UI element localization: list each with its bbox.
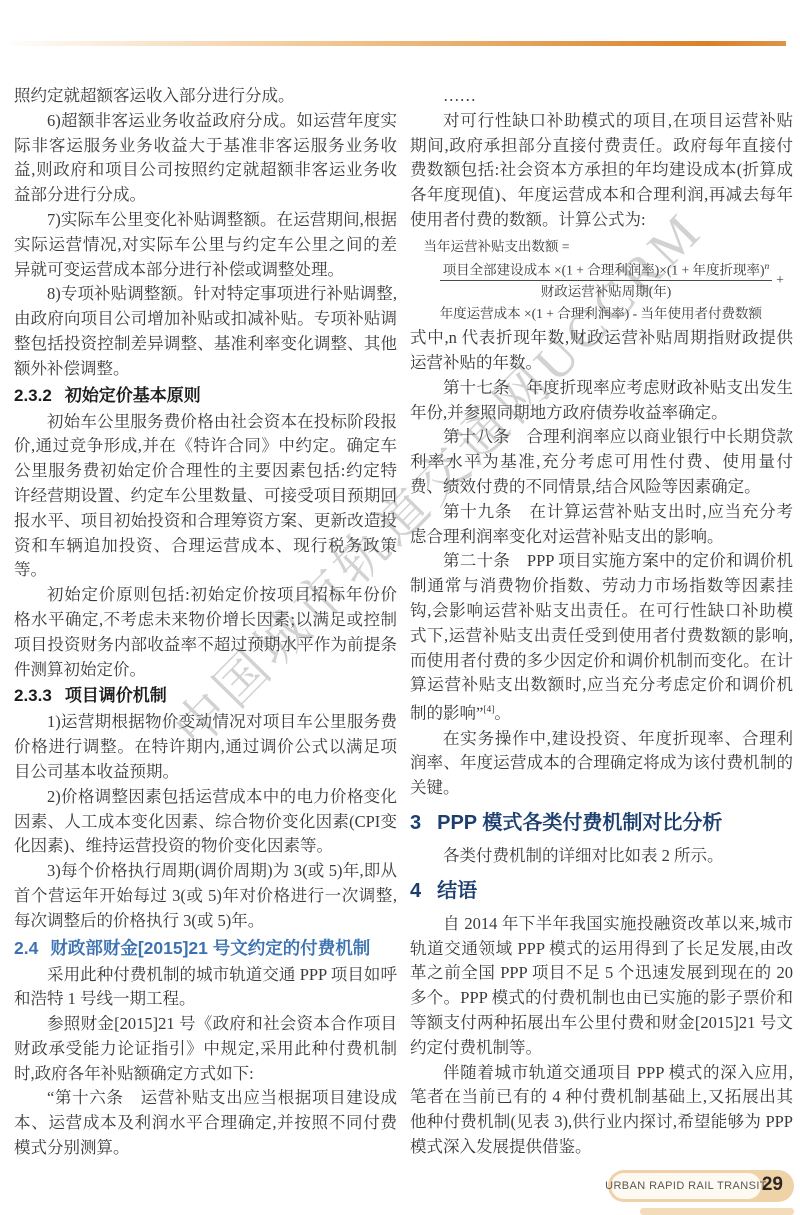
subsection-heading-2-3-2: 2.3.2初始定价基本原则 <box>14 383 397 409</box>
heading-number: 2.3.2 <box>14 386 52 405</box>
paragraph-text: 第二十条 PPP 项目实施方案中的定价和调价机制通常与消费物价指数、劳动力市场指… <box>410 551 793 722</box>
paragraph: 3)每个价格执行周期(调价周期)为 3(或 5)年,即从首个营运年开始每过 3(… <box>14 859 397 933</box>
subsidy-formula: 当年运营补贴支出数额 = 项目全部建设成本 ×(1 + 合理利润率)×(1 + … <box>410 237 793 324</box>
section-heading-2-4: 2.4财政部财金[2015]21 号文约定的付费机制 <box>14 935 397 962</box>
paragraph: “第十六条 运营补贴支出应当根据项目建设成本、运营成本及利润水平合理确定,并按照… <box>14 1086 397 1160</box>
paragraph: 第十七条 年度折现率应考虑财政补贴支出发生年份,并参照同期地方政府债券收益率确定… <box>410 376 793 426</box>
paragraph: 8)专项补贴调整额。针对特定事项进行补贴调整,由政府向项目公司增加补贴或扣减补贴… <box>14 282 397 381</box>
paragraph: 1)运营期根据物价变动情况对项目车公里服务费价格进行调整。在特许期内,通过调价公… <box>14 710 397 784</box>
section-heading-4: 4结语 <box>410 878 793 905</box>
heading-title: 项目调价机制 <box>65 686 167 705</box>
paragraph: 采用此种付费机制的城市轨道交通 PPP 项目如呼和浩特 1 号线一期工程。 <box>14 963 397 1013</box>
paragraph: 伴随着城市轨道交通项目 PPP 模式的深入应用,笔者在当前已有的 4 种付费机制… <box>410 1061 793 1160</box>
formula-denominator: 财政运营补贴周期(年) <box>440 281 773 301</box>
heading-number: 2.3.3 <box>14 686 52 705</box>
paragraph: 初始定价原则包括:初始定价按项目招标年份价格水平确定,不考虑未来物价增长因素;以… <box>14 583 397 682</box>
heading-title: 财政部财金[2015]21 号文约定的付费机制 <box>50 938 370 958</box>
paragraph: 自 2014 年下半年我国实施投融资改革以来,城市轨道交通领域 PPP 模式的运… <box>410 912 793 1061</box>
paragraph: 7)实际车公里变化补贴调整额。在运营期间,根据实际运营情况,对实际车公里与约定车… <box>14 208 397 282</box>
formula-lhs: 当年运营补贴支出数额 = <box>410 237 793 256</box>
top-orange-rule <box>0 41 786 46</box>
paragraph-text: 。 <box>494 704 511 723</box>
formula-fraction: 项目全部建设成本 ×(1 + 合理利润率)×(1 + 年度折现率)n 财政运营补… <box>440 258 773 302</box>
citation-4: [4] <box>483 705 494 715</box>
paragraph: 2)价格调整因素包括运营成本中的电力价格变化因素、人工成本变化因素、综合物价变化… <box>14 785 397 859</box>
paragraph: 第二十条 PPP 项目实施方案中的定价和调价机制通常与消费物价指数、劳动力市场指… <box>410 549 793 726</box>
section-heading-3: 3PPP 模式各类付费机制对比分析 <box>410 810 793 837</box>
formula-fraction-row: 项目全部建设成本 ×(1 + 合理利润率)×(1 + 年度折现率)n 财政运营补… <box>410 258 793 302</box>
paragraph: 各类付费机制的详细对比如表 2 所示。 <box>410 844 793 869</box>
heading-title: PPP 模式各类付费机制对比分析 <box>437 812 722 834</box>
formula-second-term: 年度运营成本 ×(1 + 合理利润率) - 当年使用者付费数额 <box>410 304 793 323</box>
footer-badge: URBAN RAPID RAIL TRANSIT 29 <box>608 1170 794 1202</box>
formula-plus-sign: + <box>776 270 784 289</box>
right-column: …… 对可行性缺口补助模式的项目,在项目运营补贴期间,政府承担部分直接付费责任。… <box>410 84 793 1160</box>
heading-title: 初始定价基本原则 <box>65 386 201 405</box>
paragraph: 对可行性缺口补助模式的项目,在项目运营补贴期间,政府承担部分直接付费责任。政府每… <box>410 109 793 233</box>
formula-exponent: n <box>765 262 770 272</box>
paragraph: 式中,n 代表折现年数,财政运营补贴周期指财政提供运营补贴的年数。 <box>410 326 793 376</box>
formula-numerator-text: 项目全部建设成本 ×(1 + 合理利润率)×(1 + 年度折现率) <box>443 262 765 277</box>
heading-title: 结语 <box>437 880 477 902</box>
footer-decorative-strip <box>640 1208 794 1215</box>
paragraph: 第十八条 合理利润率应以商业银行中长期贷款利率水平为基准,充分考虑可用性付费、使… <box>410 425 793 499</box>
journal-name: URBAN RAPID RAIL TRANSIT <box>611 1173 761 1199</box>
subsection-heading-2-3-3: 2.3.3项目调价机制 <box>14 683 397 709</box>
journal-page: 照约定就超额客运收入部分进行分成。 6)超额非客运业务收益政府分成。如运营年度实… <box>0 0 800 1215</box>
heading-number: 4 <box>410 880 421 902</box>
left-column: 照约定就超额客运收入部分进行分成。 6)超额非客运业务收益政府分成。如运营年度实… <box>14 84 397 1161</box>
paragraph: 6)超额非客运业务收益政府分成。如运营年度实际非客运服务业务收益大于基准非客运服… <box>14 109 397 208</box>
paragraph: 第十九条 在计算运营补贴支出时,应当充分考虑合理利润率变化对运营补贴支出的影响。 <box>410 500 793 550</box>
ellipsis-line: …… <box>410 84 793 109</box>
paragraph: 参照财金[2015]21 号《政府和社会资本合作项目财政承受能力论证指引》中规定… <box>14 1012 397 1086</box>
heading-number: 3 <box>410 812 421 834</box>
paragraph: 照约定就超额客运收入部分进行分成。 <box>14 84 397 109</box>
formula-numerator: 项目全部建设成本 ×(1 + 合理利润率)×(1 + 年度折现率)n <box>440 258 773 282</box>
paragraph: 初始车公里服务费价格由社会资本在投标阶段报价,通过竞争形成,并在《特许合同》中约… <box>14 410 397 584</box>
page-number: 29 <box>762 1174 783 1196</box>
paragraph: 在实务操作中,建设投资、年度折现率、合理利润率、年度运营成本的合理确定将成为该付… <box>410 727 793 801</box>
heading-number: 2.4 <box>14 938 38 958</box>
